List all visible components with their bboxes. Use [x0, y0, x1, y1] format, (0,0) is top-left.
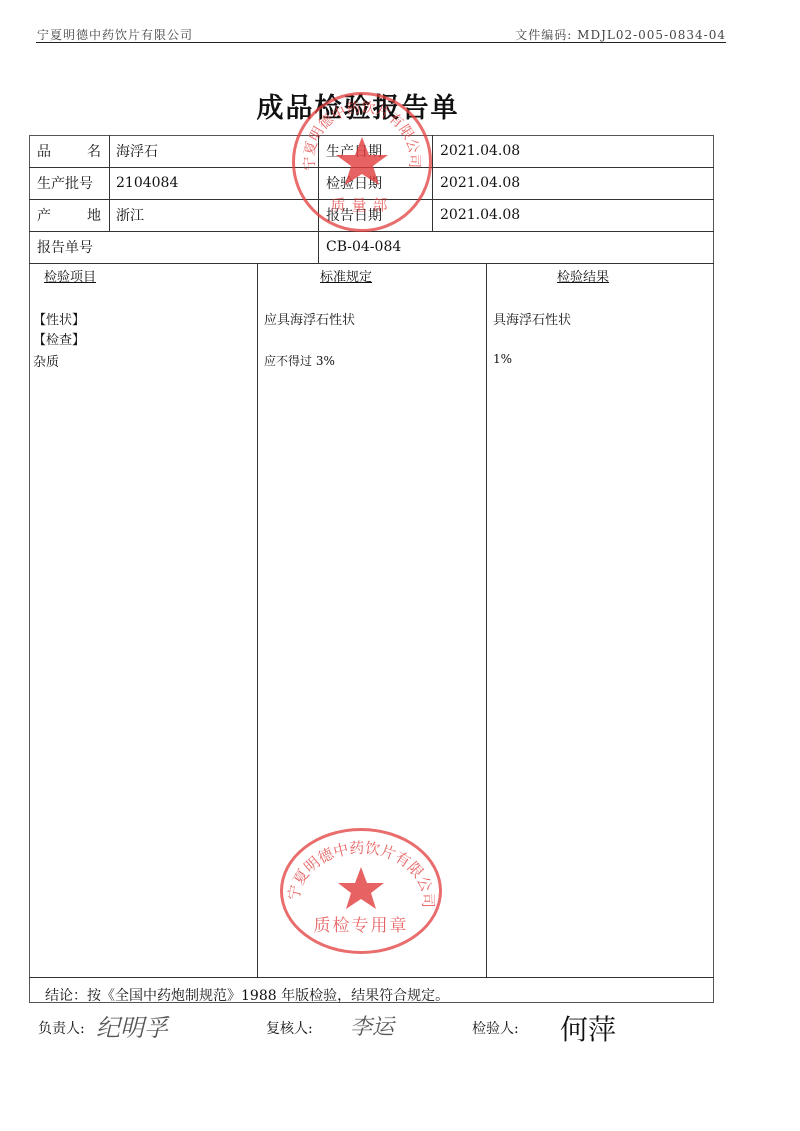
- batch-label: 生产批号: [37, 167, 93, 199]
- origin-label: 产 地: [29, 199, 109, 231]
- reviewer-signature: 李运: [350, 1010, 394, 1041]
- report-title: 成品检验报告单: [0, 86, 716, 125]
- reviewer-label: 复核人:: [266, 1018, 313, 1038]
- document-code: 文件编码: MDJL02-005-0834-04: [515, 26, 726, 43]
- report-number-label: 报告单号: [37, 231, 93, 263]
- inspector-signature: 何萍: [560, 1008, 616, 1048]
- test-date-label: 检验日期: [326, 167, 382, 199]
- column-header-result: 检验结果: [557, 266, 609, 285]
- test-date-value: 2021.04.08: [440, 167, 520, 199]
- col-divider: [486, 263, 487, 977]
- col-divider: [432, 135, 433, 231]
- section-check: 【检查】: [33, 329, 85, 348]
- label-char: 产: [37, 205, 51, 225]
- product-name-value: 海浮石: [116, 135, 158, 167]
- label-char: 品: [37, 141, 51, 161]
- report-number-value: CB-04-084: [326, 231, 401, 263]
- company-header: 宁夏明德中药饮片有限公司: [37, 26, 193, 43]
- header-rule: [36, 42, 726, 43]
- col-divider: [109, 135, 110, 231]
- section-character: 【性状】: [33, 309, 85, 328]
- column-header-item: 检验项目: [44, 266, 96, 285]
- result-impurity: 1%: [493, 352, 512, 366]
- label-char: 名: [87, 141, 101, 161]
- row-divider: [29, 263, 714, 264]
- row-divider: [29, 977, 714, 978]
- responsible-label: 负责人:: [38, 1018, 85, 1038]
- standard-impurity: 应不得过 3%: [264, 352, 335, 369]
- inspector-label: 检验人:: [472, 1018, 519, 1038]
- production-date-label: 生产日期: [326, 135, 382, 167]
- col-divider: [318, 135, 319, 263]
- result-character: 具海浮石性状: [493, 309, 571, 328]
- report-date-label: 报告日期: [326, 199, 382, 231]
- label-char: 地: [87, 205, 101, 225]
- conclusion: 结论：按《全国中药炮制规范》1988 年版检验，结果符合规定。: [45, 985, 449, 1005]
- origin-value: 浙江: [116, 199, 144, 231]
- batch-value: 2104084: [116, 167, 178, 199]
- standard-character: 应具海浮石性状: [264, 309, 355, 328]
- column-header-standard: 标准规定: [320, 266, 372, 285]
- product-name-label: 品 名: [29, 135, 109, 167]
- item-impurity: 杂质: [33, 351, 59, 370]
- col-divider: [257, 263, 258, 977]
- responsible-signature: 纪明孚: [96, 1008, 168, 1043]
- production-date-value: 2021.04.08: [440, 135, 520, 167]
- report-date-value: 2021.04.08: [440, 199, 520, 231]
